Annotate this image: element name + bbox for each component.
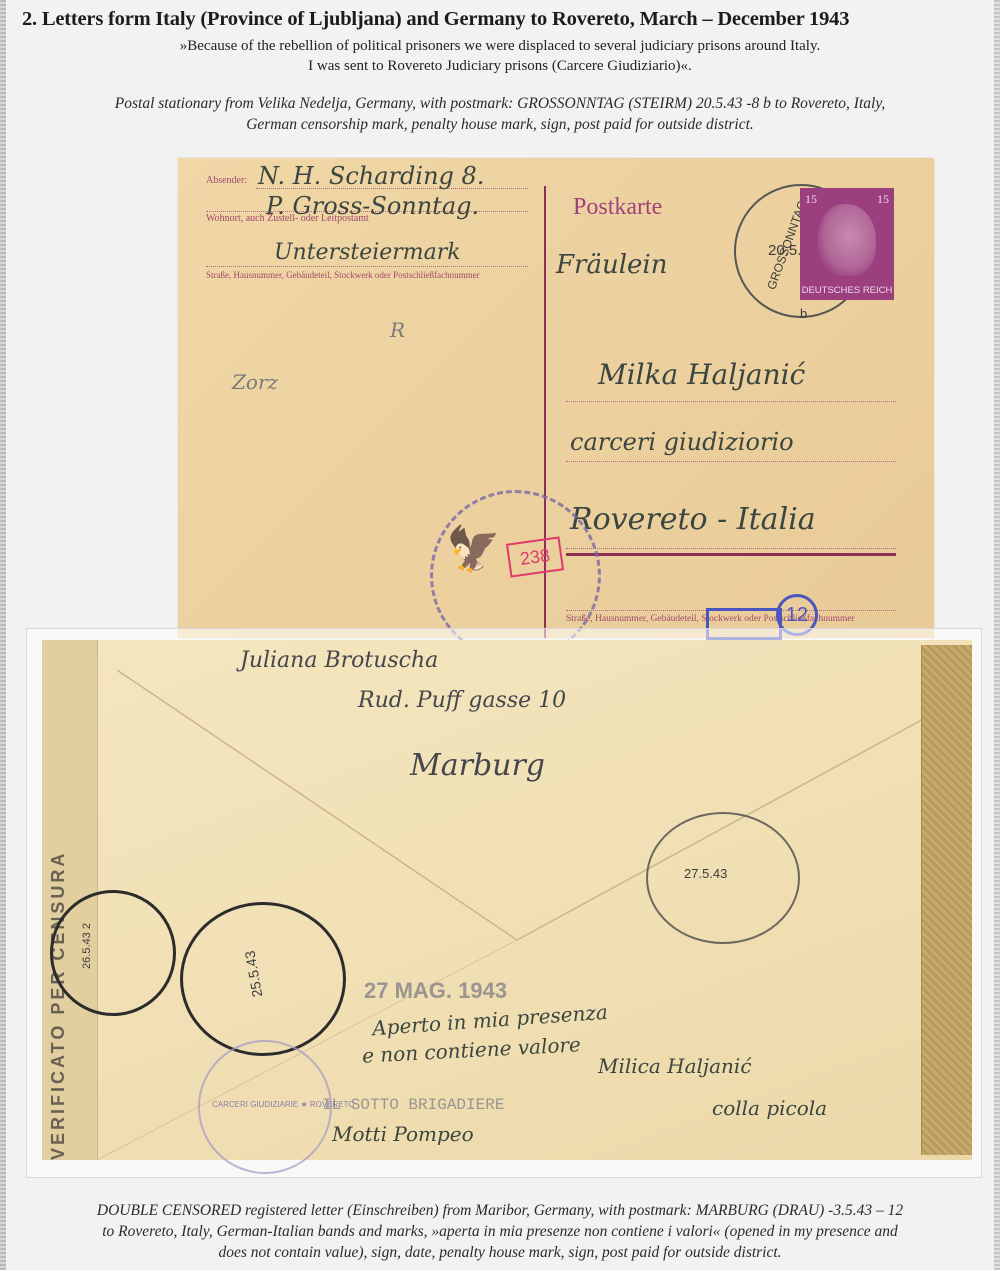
sender-town: P. Gross-Sonntag. xyxy=(266,192,479,220)
censor-band-text: VERIFICATO PER CENSURA xyxy=(48,851,69,1160)
postcard-caption-line-1: Postal stationary from Velika Nedelja, G… xyxy=(0,93,1000,114)
address-line xyxy=(566,401,896,402)
signature-pompeo: Motti Pompeo xyxy=(332,1122,474,1146)
strasse-label-left: Straße, Hausnummer, Gebäudeteil, Stockwe… xyxy=(206,270,480,280)
envelope-caption: DOUBLE CENSORED registered letter (Einsc… xyxy=(0,1200,1000,1263)
signature-haljanic: Milica Haljanić xyxy=(598,1054,752,1078)
sender-name: N. H. Scharding 8. xyxy=(258,162,484,190)
quote-line-2: I was sent to Rovereto Judiciary prisons… xyxy=(0,58,1000,75)
envelope-sender-street: Rud. Puff gasse 10 xyxy=(358,688,566,713)
postcard-image: Absender: Wohnort, auch Zustell- oder Le… xyxy=(178,158,934,638)
binder-edge-left xyxy=(0,0,6,1270)
postmark-letter: b xyxy=(800,306,807,321)
postmark-censura-date: 26.5.43 2 xyxy=(81,923,93,969)
sender-region: Untersteiermark xyxy=(274,240,461,265)
note-colla-picola: colla picola xyxy=(712,1096,827,1120)
pencil-signature: Zorz xyxy=(232,370,278,394)
postmark-censura-riconsegna xyxy=(50,890,176,1016)
address-line xyxy=(566,548,896,549)
prison-stamp-text: CARCERI GIUDIZIARIE ★ ROVERETO xyxy=(212,1100,355,1109)
binder-edge-right xyxy=(994,0,1000,1270)
recipient-name: Milka Haljanić xyxy=(598,358,805,391)
envelope-caption-line-1: DOUBLE CENSORED registered letter (Einsc… xyxy=(0,1200,1000,1221)
address-underline xyxy=(566,553,896,556)
postcard-caption: Postal stationary from Velika Nedelja, G… xyxy=(0,93,1000,135)
address-line xyxy=(206,266,528,267)
page-title: 2. Letters form Italy (Province of Ljubl… xyxy=(22,8,982,31)
pencil-mark: R xyxy=(390,318,405,342)
recipient-institution: carceri giudiziorio xyxy=(570,428,794,456)
postage-stamp: 15 15 DEUTSCHES REICH xyxy=(800,188,894,300)
stamp-value-right: 15 xyxy=(877,192,889,207)
envelope-sender-name: Juliana Brotuscha xyxy=(240,648,438,673)
postmark-rovereto-date: 27.5.43 xyxy=(684,866,727,881)
date-stamp: 27 MAG. 1943 xyxy=(364,978,507,1004)
recipient-salutation: Fräulein xyxy=(556,250,667,280)
quote-line-1: »Because of the rebellion of political p… xyxy=(0,38,1000,55)
postcard-caption-line-2: German censorship mark, penalty house ma… xyxy=(0,114,1000,135)
envelope-caption-line-2: to Rovereto, Italy, German-Italian bands… xyxy=(0,1221,1000,1242)
recipient-city: Rovereto - Italia xyxy=(570,502,816,537)
envelope-sender-city: Marburg xyxy=(410,748,545,783)
envelope-caption-line-3: does not contain value), sign, date, pen… xyxy=(0,1242,1000,1263)
stamp-portrait xyxy=(818,204,876,276)
stamp-value-left: 15 xyxy=(805,192,817,207)
postmark-trento xyxy=(180,902,346,1056)
stamp-country: DEUTSCHES REICH xyxy=(800,285,894,296)
postkarte-heading: Postkarte xyxy=(573,194,662,221)
address-line xyxy=(566,461,896,462)
censor-band-right xyxy=(921,645,972,1155)
envelope-image: VERIFICATO PER CENSURA Juliana Brotuscha… xyxy=(42,640,972,1160)
absender-label: Absender: xyxy=(206,175,247,186)
